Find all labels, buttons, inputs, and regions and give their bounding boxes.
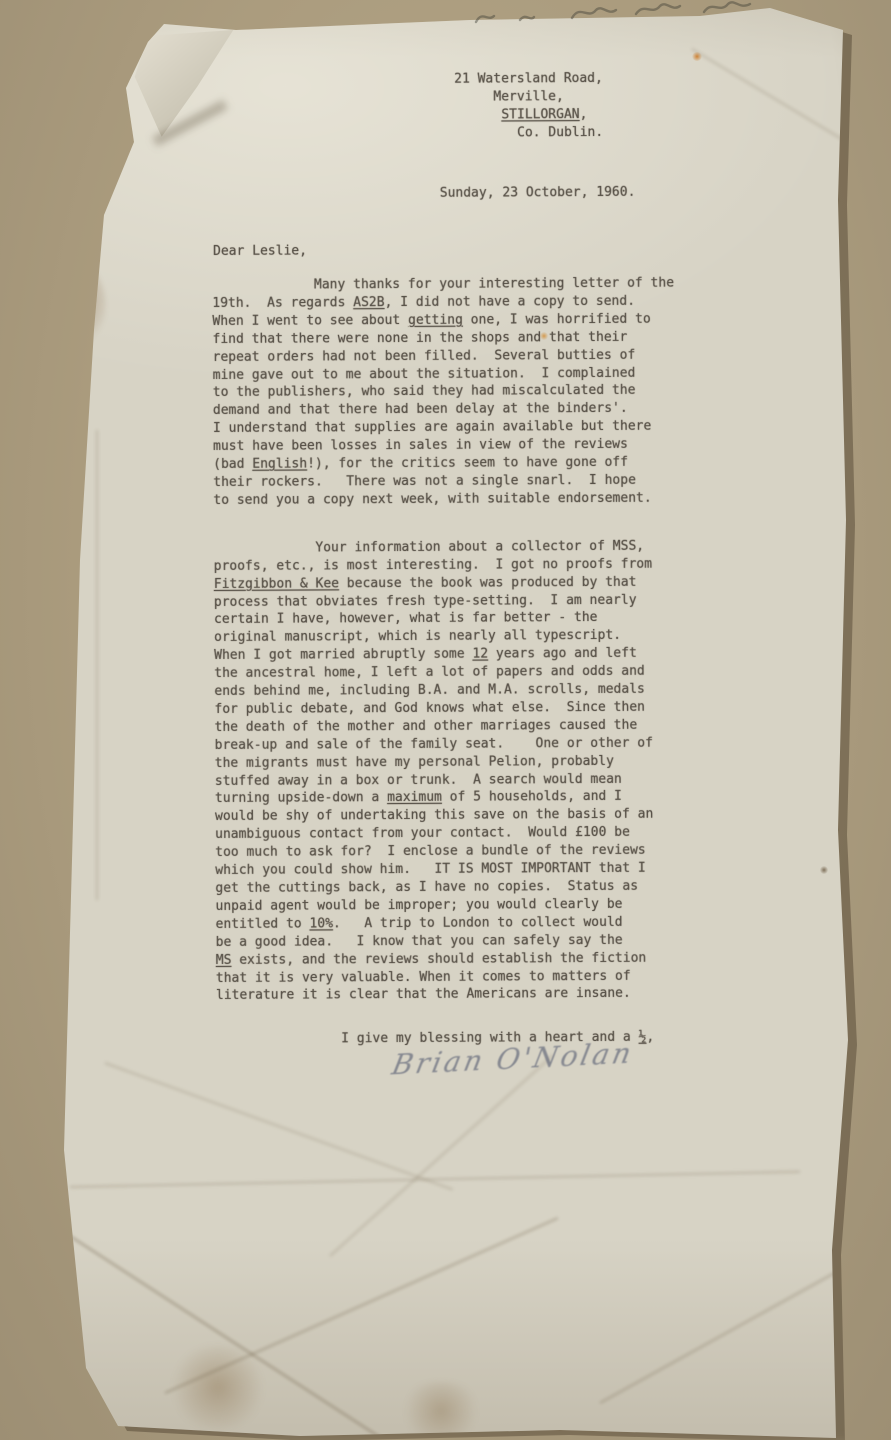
letter-line: Co. Dublin. [454, 124, 603, 143]
letter-line: would be shy of undertaking this save on… [215, 806, 715, 827]
paragraph-2: Your information about a collector of MS… [214, 537, 716, 1005]
letter-body: Many thanks for your interesting letter … [212, 274, 716, 1005]
date-line: Sunday, 23 October, 1960. [440, 184, 636, 203]
letter-line: 21 Watersland Road, [454, 70, 603, 89]
sender-address: 21 Watersland Road, Merville, STILLORGAN… [454, 70, 603, 142]
letter-line: MS exists, and the reviews should establ… [216, 949, 716, 970]
letter-line: which you could show him. IT IS MOST IMP… [215, 859, 715, 880]
scanned-letter: 21 Watersland Road, Merville, STILLORGAN… [0, 0, 891, 1440]
letter-line: break-up and sale of the family seat. On… [215, 734, 715, 755]
scan-background: { "scan": { "backing_color": "#ab9c7e", … [0, 0, 891, 1440]
letter-text: 21 Watersland Road, Merville, STILLORGAN… [0, 0, 891, 1440]
letter-line: to send you a copy next week, with suita… [213, 489, 713, 510]
letter-line: When I went to see about getting one, I … [212, 310, 712, 331]
letter-line: Many thanks for your interesting letter … [212, 274, 712, 295]
letter-line: proofs, etc., is most interesting. I got… [214, 555, 714, 576]
letter-line: Your information about a collector of MS… [214, 537, 714, 558]
signature-handwritten: Brian O'Nolan [391, 1044, 636, 1074]
letter-line: Merville, [454, 88, 603, 107]
salutation: Dear Leslie, [213, 242, 307, 260]
letter-line: I understand that supplies are again ava… [213, 418, 713, 439]
letter-line: literature it is clear that the American… [216, 985, 716, 1006]
letter-line: for public debate, and God knows what el… [214, 698, 714, 719]
letter-line: STILLORGAN, [454, 106, 603, 125]
paragraph-1: Many thanks for your interesting letter … [212, 274, 713, 509]
